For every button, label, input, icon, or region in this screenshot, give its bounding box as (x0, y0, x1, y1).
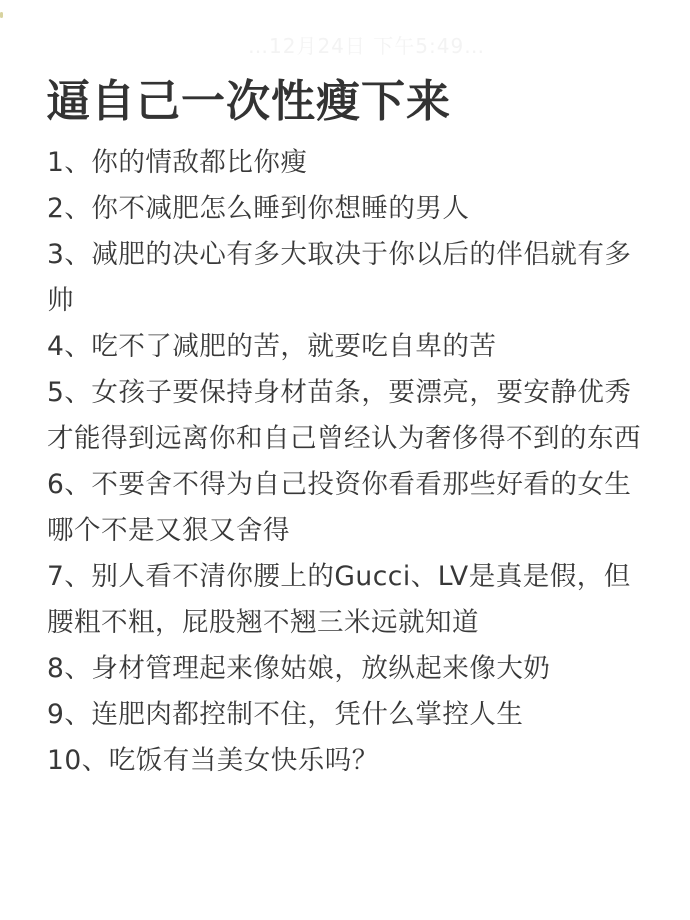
item-text: 身材管理起来像姑娘，放纵起来像大奶 (91, 653, 550, 684)
tips-list: 1、你的情敌都比你瘦 2、你不减肥怎么睡到你想睡的男人 3、减肥的决心有多大取决… (47, 140, 657, 784)
item-number: 6、 (47, 469, 91, 500)
item-number: 5、 (47, 377, 91, 408)
list-item: 9、连肥肉都控制不住，凭什么掌控人生 (47, 692, 657, 738)
item-text: 吃不了减肥的苦，就要吃自卑的苦 (91, 331, 496, 362)
list-item: 3、减肥的决心有多大取决于你以后的伴侣就有多帅 (47, 232, 657, 324)
item-text: 吃饭有当美女快乐吗？ (109, 745, 379, 776)
item-number: 3、 (47, 239, 91, 270)
item-number: 7、 (47, 561, 91, 592)
item-text: 你不减肥怎么睡到你想睡的男人 (91, 193, 469, 224)
item-text: 连肥肉都控制不住，凭什么掌控人生 (91, 699, 523, 730)
list-item: 2、你不减肥怎么睡到你想睡的男人 (47, 186, 657, 232)
list-item: 5、女孩子要保持身材苗条，要漂亮，要安静优秀才能得到远离你和自己曾经认为奢侈得不… (47, 370, 657, 462)
list-item: 1、你的情敌都比你瘦 (47, 140, 657, 186)
list-item: 4、吃不了减肥的苦，就要吃自卑的苦 (47, 324, 657, 370)
item-number: 10、 (47, 745, 109, 776)
item-number: 4、 (47, 331, 91, 362)
item-text: 不要舍不得为自己投资你看看那些好看的女生哪个不是又狠又舍得 (47, 469, 631, 546)
list-item: 8、身材管理起来像姑娘，放纵起来像大奶 (47, 646, 657, 692)
list-item: 7、别人看不清你腰上的Gucci、LV是真是假，但腰粗不粗，屁股翘不翘三米远就知… (47, 554, 657, 646)
item-number: 2、 (47, 193, 91, 224)
list-item: 10、吃饭有当美女快乐吗？ (47, 738, 657, 784)
item-number: 9、 (47, 699, 91, 730)
item-number: 1、 (47, 147, 91, 178)
item-text: 减肥的决心有多大取决于你以后的伴侣就有多帅 (47, 239, 631, 316)
item-text: 别人看不清你腰上的Gucci、LV是真是假，但腰粗不粗，屁股翘不翘三米远就知道 (47, 561, 631, 638)
item-number: 8、 (47, 653, 91, 684)
item-text: 女孩子要保持身材苗条，要漂亮，要安静优秀才能得到远离你和自己曾经认为奢侈得不到的… (47, 377, 641, 454)
post-title: 逼自己一次性瘦下来 (46, 74, 451, 130)
corner-artifact (0, 12, 3, 18)
item-text: 你的情敌都比你瘦 (91, 147, 307, 178)
faded-timestamp: …12月24日 下午5:49… (248, 30, 485, 59)
list-item: 6、不要舍不得为自己投资你看看那些好看的女生哪个不是又狠又舍得 (47, 462, 657, 554)
